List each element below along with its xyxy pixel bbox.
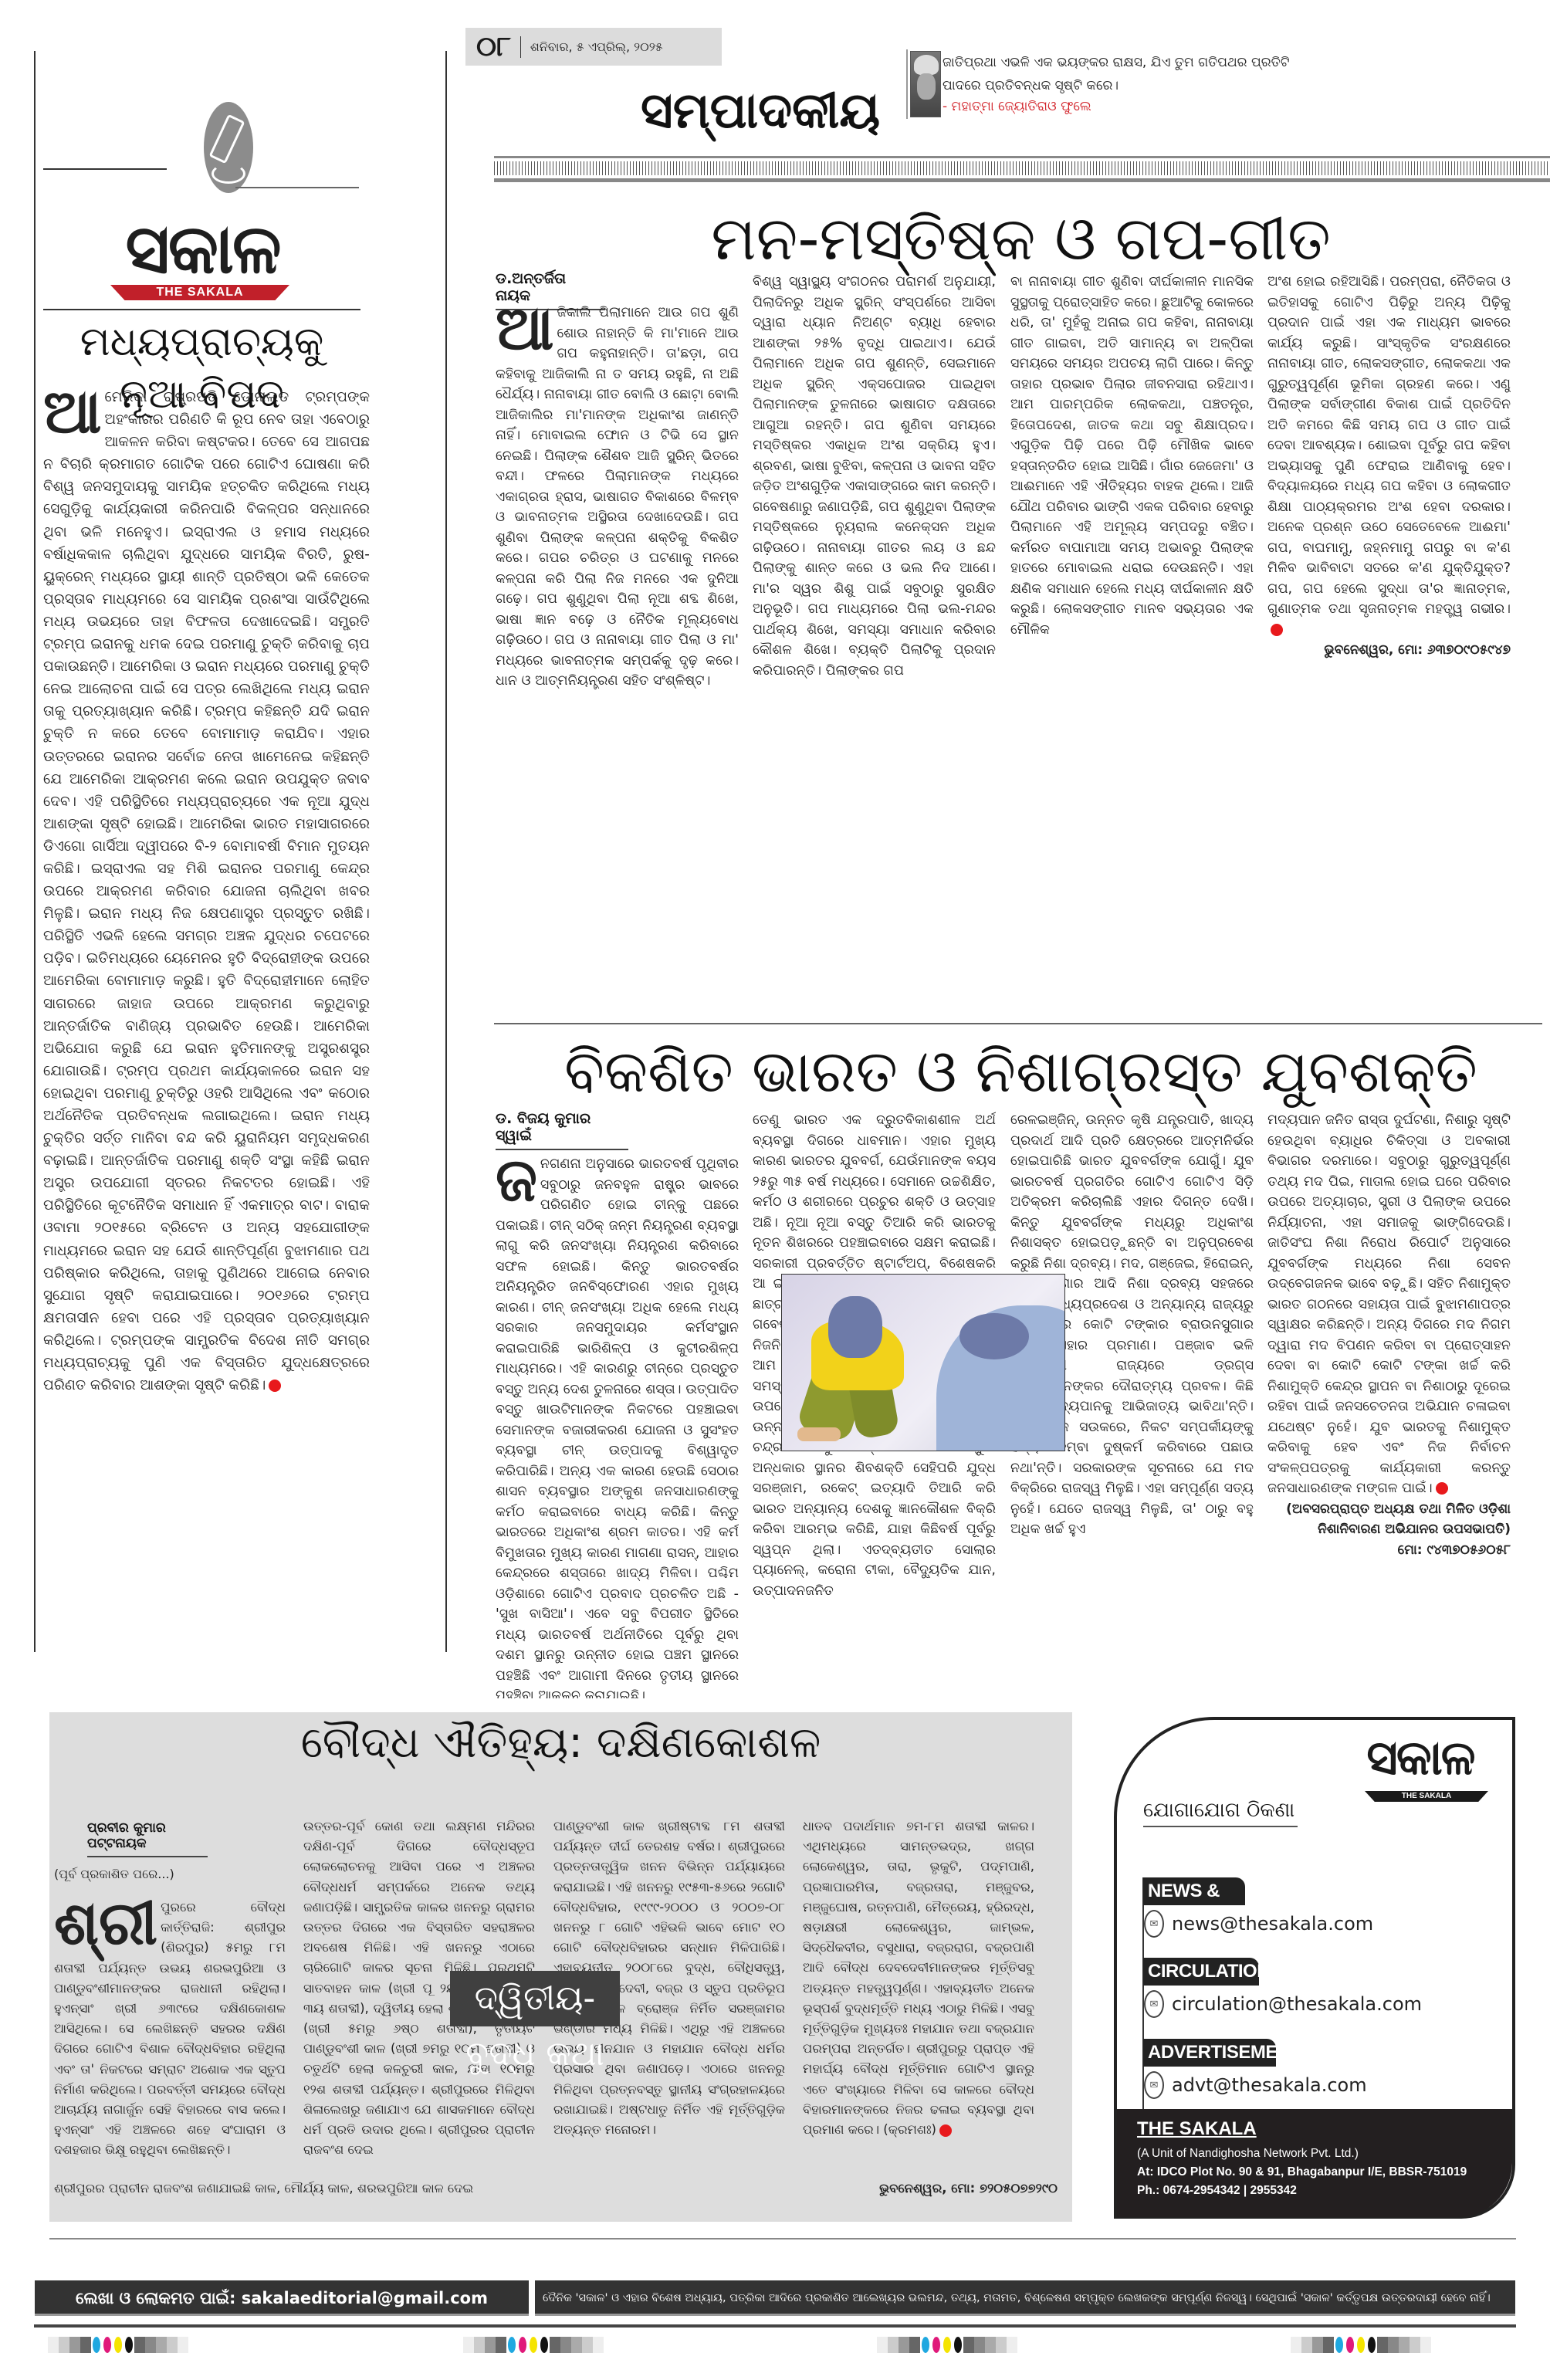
envelope-icon: ✉ — [1144, 1990, 1164, 2018]
circulation-label: CIRCULATION — [1143, 1958, 1259, 1986]
article2-column-4: ମଦ୍ୟପାନ ଜନିତ ରାସ୍ତା ଦୁର୍ଘଟଣା, ନିଶାରୁ ସୃଷ… — [1267, 1110, 1511, 1698]
dropcap: ଜ — [496, 1156, 537, 1205]
article2-signoff-line: ମୋ: ୯୪୩୭୦୫୬୦୫୮ — [1267, 1540, 1511, 1561]
divider — [494, 1023, 1542, 1024]
publisher-info: THE SAKALA (A Unit of Nandighosha Networ… — [1117, 2109, 1512, 2217]
print-color-bar — [463, 2337, 679, 2353]
section-hatch-rule — [494, 156, 1550, 182]
masthead-english-banner: THE SAKALA — [110, 285, 289, 300]
end-mark-icon — [1436, 1482, 1448, 1495]
article2-signoff-line: ନିଶାନିବାରଣ ଅଭିଯାନର ଉପସଭାପତି) — [1267, 1519, 1511, 1540]
dropcap: ଶ୍ରୀ — [54, 1899, 157, 1948]
pen-nib-icon — [204, 102, 253, 193]
article2-signoff-line: (ଅବସରପ୍ରାପ୍ତ ଅଧ୍ୟକ୍ଷ ତଥା ମିଳିତ ଓଡ଼ିଶା — [1267, 1499, 1511, 1520]
continued-note: (ପୂର୍ବ ପ୍ରକାଶିତ ପରେ...) — [54, 1867, 174, 1882]
contact-title: ଯୋଗାଯୋଗ ଠିକଣା — [1143, 1799, 1298, 1827]
article1-column-4: ଅଂଶ ହୋଇ ରହିଆସିଛି। ପରମ୍ପରା, ନୈତିକତା ଓ ଇତି… — [1267, 272, 1511, 965]
article2-byline: ଡ. ବିଜୟ କୁମାର ସ୍ୱାଇଁ — [496, 1110, 628, 1150]
divider — [43, 168, 167, 170]
article1-column-2: ବିଶ୍ୱ ସ୍ୱାସ୍ଥ୍ୟ ସଂଗଠନର ପରାମର୍ଶ ଅନୁଯାୟୀ, … — [753, 272, 996, 965]
advertisement-email-link[interactable]: ✉ advt@thesakala.com — [1144, 2071, 1367, 2099]
disclaimer: ଦୈନିକ 'ସକାଳ' ଓ ଏହାର ବିଶେଷ ଅଧ୍ୟାୟ, ପତ୍ରିକ… — [535, 2280, 1515, 2316]
bottom-article-tail: ଶ୍ରୀପୁରର ପ୍ରାଚୀନ ରାଜବଂଶ ଜଣାଯାଇଛି କାଳ, ମୌ… — [54, 2181, 548, 2196]
page-number: ୦୮ — [476, 30, 511, 63]
news-email-link[interactable]: ✉ news@thesakala.com — [1144, 1910, 1373, 1938]
print-color-bar — [48, 2337, 264, 2353]
print-color-bar — [877, 2337, 1093, 2353]
section-title: ସମ୍ପାଦକୀୟ — [641, 86, 903, 136]
dropcap: ଆ — [496, 304, 554, 354]
article2-column-1: ଜନଗଣନା ଅନୁସାରେ ଭାରତବର୍ଷ ପୃଥିବୀର ସବୁଠାରୁ … — [496, 1154, 739, 1698]
print-color-bar — [1291, 2337, 1507, 2353]
divider — [43, 309, 360, 310]
publisher-address: At: IDCO Plot No. 90 & 91, Bhagabanpur I… — [1137, 2163, 1512, 2182]
end-mark-icon — [1271, 624, 1283, 636]
quote-author: - ମହାତ୍ମା ଜ୍ୟୋତିରାଓ ଫୁଲେ — [943, 99, 1091, 114]
article1-headline: ମନ-ମସ୍ତିଷ୍କ ଓ ଗପ-ଗୀତ — [494, 202, 1548, 278]
envelope-icon: ✉ — [1144, 1910, 1164, 1938]
circulation-email-link[interactable]: ✉ circulation@thesakala.com — [1144, 1990, 1422, 2018]
article1-column-1: ଆଜିକାଲି ପିଲାମାନେ ଆଉ ଗପ ଶୁଣି ଶୋଉ ନାହାନ୍ତି… — [496, 303, 739, 965]
publisher-phone: Ph.: 0674-2954342 | 2955342 — [1137, 2182, 1512, 2200]
end-mark-icon — [939, 2124, 952, 2137]
end-mark-icon — [269, 1380, 281, 1392]
article1-signoff: ଭୁବନେଶ୍ୱର, ମୋ: ୬୩୭୦୯୦୫୯୪୭ — [1267, 640, 1511, 661]
masthead-title: ସକାଳ — [125, 215, 279, 283]
news-info-label: NEWS & INFO — [1143, 1877, 1245, 1905]
contact-logo: ସକାଳ — [1351, 1734, 1490, 1796]
divider — [520, 36, 521, 58]
bottom-article-column-1: ଶ୍ରୀପୁରରେ ବୌଦ୍ଧ କାର୍ତ୍ତିରାଜି: ଶ୍ରୀପୁର (ଶ… — [54, 1898, 286, 2202]
bottom-article-byline: ପ୍ରବୀର କୁମାର ପଟ୍ଟନାୟକ — [87, 1820, 208, 1857]
dropcap: ଆ — [43, 388, 102, 437]
article1-column-3: ବା ନାନାବାୟା ଗୀତ ଶୁଣିବା ଦୀର୍ଘକାଳୀନ ମାନସିକ… — [1010, 272, 1254, 965]
quote-text: ଜାତିପ୍ରଥା ଏଭଳି ଏକ ଭୟଙ୍କର ରାକ୍ଷସ, ଯିଏ ତୁମ… — [943, 51, 1305, 97]
series-badge: ଦ୍ୱିତୀୟ-ବୁଦ୍ଧ କଥା — [450, 1971, 620, 2026]
editorial-body: ଆମେରିକା ରାଷ୍ଟ୍ରପତି ଡୋନାଲ୍ଡ ଟ୍ରମ୍ପଙ୍କ ଅହଂ… — [43, 386, 370, 1559]
divider — [906, 49, 908, 119]
article2-headline: ବିକଶିତ ଭାରତ ଓ ନିଶାଗ୍ରସ୍ତ ଯୁବଶକ୍ତି — [494, 1034, 1548, 1108]
divider — [235, 187, 359, 188]
page-date-strip: ୦୮ ଶନିବାର, ୫ ଏପ୍ରିଲ୍, ୨୦୨୫ — [465, 28, 722, 66]
issue-date: ଶନିବାର, ୫ ଏପ୍ରିଲ୍, ୨୦୨୫ — [530, 39, 663, 55]
bottom-article-signoff: ଭୁବନେଶ୍ୱର, ମୋ: ୭୨୦୫୦୭୭୨୯୦ — [803, 2181, 1058, 2196]
quote-author-portrait — [910, 51, 941, 117]
submission-email[interactable]: ଲେଖା ଓ ଲୋକମତ ପାଇଁ: sakalaeditorial@gmail… — [35, 2280, 529, 2316]
bottom-article-headline: ବୌଦ୍ଧ ଐତିହ୍ୟ: ଦକ୍ଷିଣକୋଶଳ — [49, 1715, 1072, 1772]
advertisement-label: ADVERTISEMENT — [1143, 2039, 1276, 2067]
divider — [34, 2324, 1516, 2328]
divider — [49, 2238, 1516, 2240]
bottom-article-column-4: ଧାତବ ପଦାର୍ଥମାନ ୭ମ-୮ମ ଶତାବ୍ଦୀ କାଳର। ଏଥିମଧ… — [803, 1816, 1034, 2202]
article2-illustration — [781, 1274, 1065, 1451]
publisher-unit: (A Unit of Nandighosha Network Pvt. Ltd.… — [1137, 2145, 1512, 2163]
contact-logo-banner: THE SAKALA — [1365, 1791, 1488, 1802]
envelope-icon: ✉ — [1144, 2071, 1164, 2099]
publisher-brand: THE SAKALA — [1137, 2118, 1512, 2140]
masthead-logo: ସକାଳ — [85, 207, 320, 292]
